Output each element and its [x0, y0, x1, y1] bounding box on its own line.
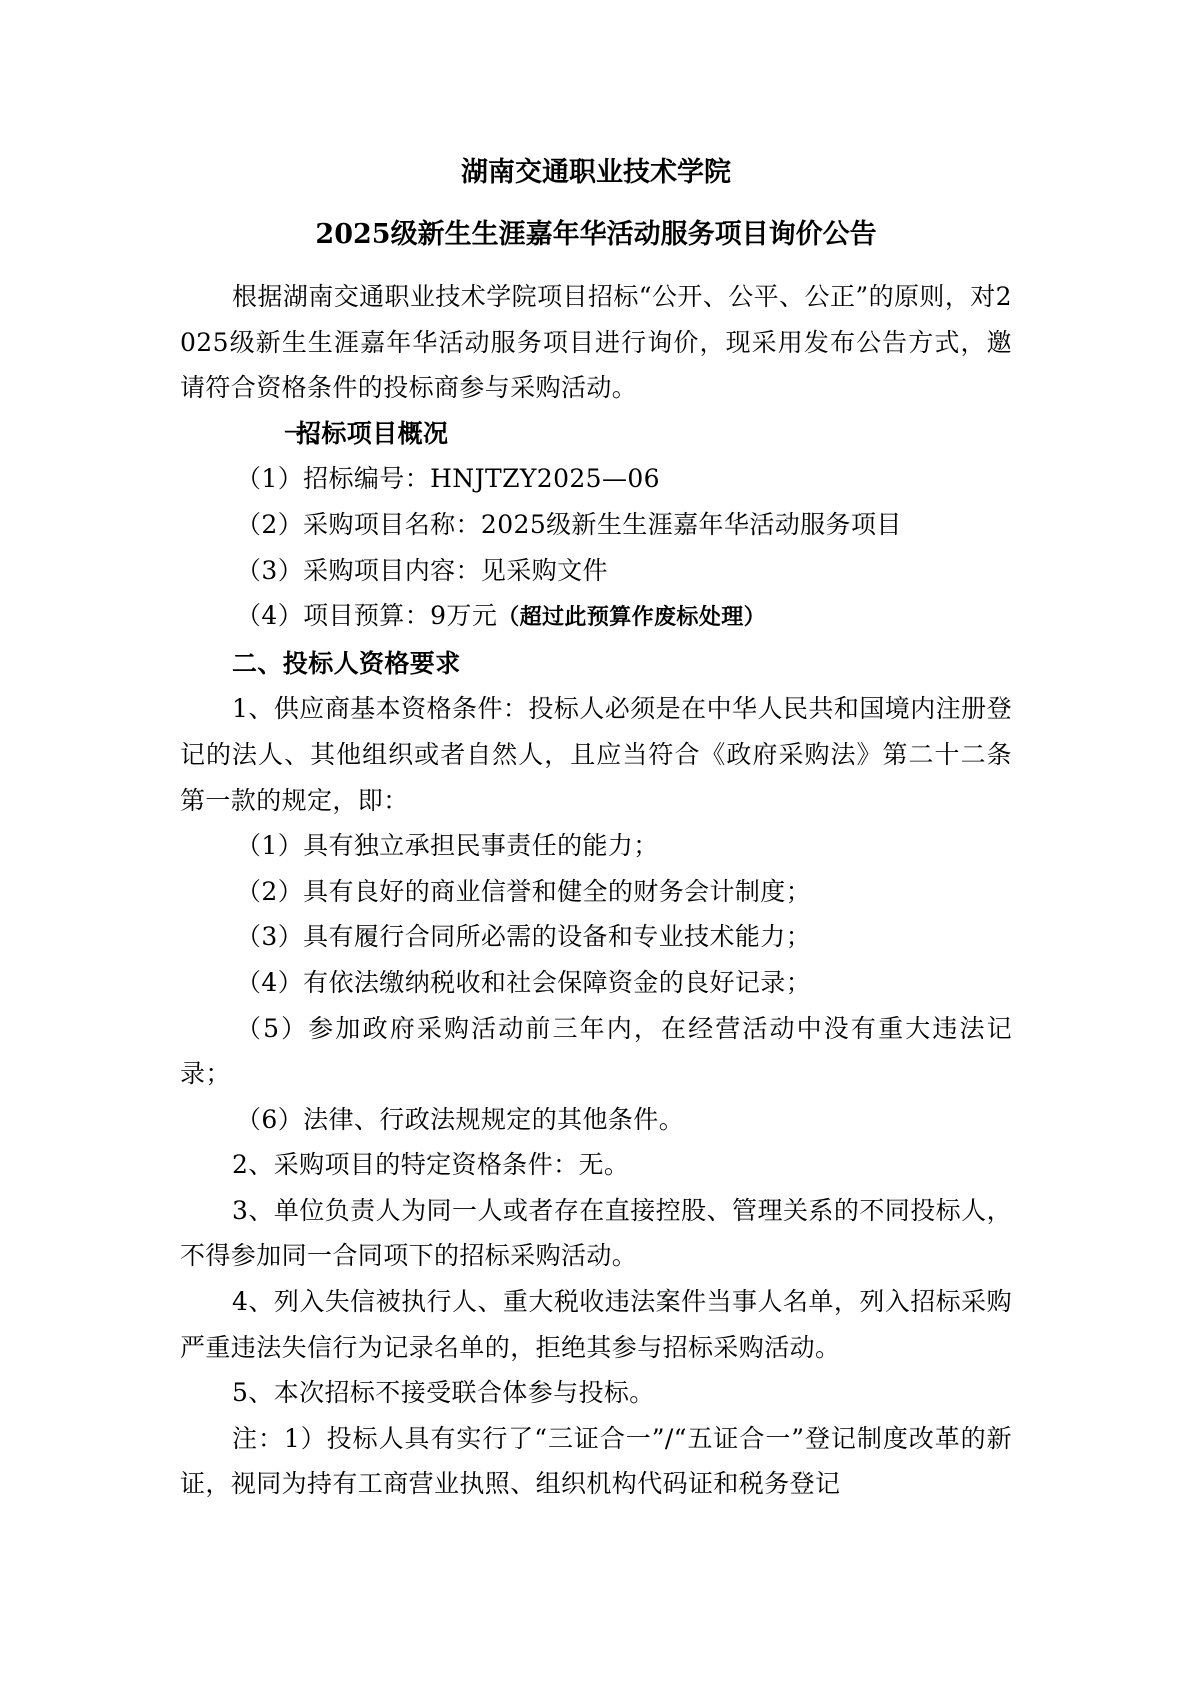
item-label: （1）招标编号： — [236, 464, 430, 493]
section-1-item-3: （3）采购项目内容：见采购文件 — [180, 548, 1012, 594]
requirement-1-item-2: （2）具有良好的商业信誉和健全的财务会计制度； — [180, 869, 1012, 915]
requirement-1-item-3: （3）具有履行合同所必需的设备和专业技术能力； — [180, 914, 1012, 960]
section-1-number: 一、 — [232, 411, 296, 457]
document-body: 根据湖南交通职业技术学院项目招标“公开、公平、公正”的原则，对2025级新生生涯… — [180, 274, 1012, 1507]
budget-note: （超过此预算作废标处理） — [497, 604, 766, 630]
section-1-item-4: （4）项目预算：9万元（超过此预算作废标处理） — [180, 593, 1012, 641]
requirement-3: 3、单位负责人为同一人或者存在直接控股、管理关系的不同投标人，不得参加同一合同项… — [180, 1188, 1012, 1279]
requirement-1-item-4: （4）有依法缴纳税收和社会保障资金的良好记录； — [180, 960, 1012, 1006]
document-title: 湖南交通职业技术学院 — [180, 158, 1012, 188]
item-value: 见采购文件 — [481, 556, 608, 585]
requirement-1-item-6: （6）法律、行政法规规定的其他条件。 — [180, 1097, 1012, 1143]
requirement-1: 1、供应商基本资格条件：投标人必须是在中华人民共和国境内注册登记的法人、其他组织… — [180, 686, 1012, 823]
document-page: 湖南交通职业技术学院 2025级新生生涯嘉年华活动服务项目询价公告 根据湖南交通… — [180, 150, 1012, 1507]
intro-paragraph: 根据湖南交通职业技术学院项目招标“公开、公平、公正”的原则，对2025级新生生涯… — [180, 274, 1012, 411]
item-label: （4）项目预算： — [236, 601, 430, 630]
requirement-2: 2、采购项目的特定资格条件：无。 — [180, 1142, 1012, 1188]
requirement-4: 4、列入失信被执行人、重大税收违法案件当事人名单，列入招标采购严重违法失信行为记… — [180, 1279, 1012, 1370]
section-1-heading: 一、招标项目概况 — [180, 411, 1012, 457]
item-label: （2）采购项目名称： — [236, 510, 481, 539]
item-value: 9万元 — [430, 601, 497, 630]
item-label: （3）采购项目内容： — [236, 556, 481, 585]
requirement-5: 5、本次招标不接受联合体参与投标。 — [180, 1370, 1012, 1416]
section-2-heading: 二、投标人资格要求 — [180, 641, 1012, 687]
section-1-item-2: （2）采购项目名称：2025级新生生涯嘉年华活动服务项目 — [180, 502, 1012, 548]
requirement-1-item-5: （5）参加政府采购活动前三年内，在经营活动中没有重大违法记录； — [180, 1006, 1012, 1097]
document-subtitle: 2025级新生生涯嘉年华活动服务项目询价公告 — [180, 220, 1012, 250]
item-value: 2025级新生生涯嘉年华活动服务项目 — [481, 510, 902, 539]
section-1-item-1: （1）招标编号：HNJTZY2025—06 — [180, 456, 1012, 502]
section-1-title: 招标项目概况 — [296, 419, 448, 448]
note-paragraph: 注：1）投标人具有实行了“三证合一”/“五证合一”登记制度改革的新证，视同为持有… — [180, 1416, 1012, 1507]
item-value: HNJTZY2025—06 — [430, 464, 660, 493]
requirement-1-item-1: （1）具有独立承担民事责任的能力； — [180, 823, 1012, 869]
